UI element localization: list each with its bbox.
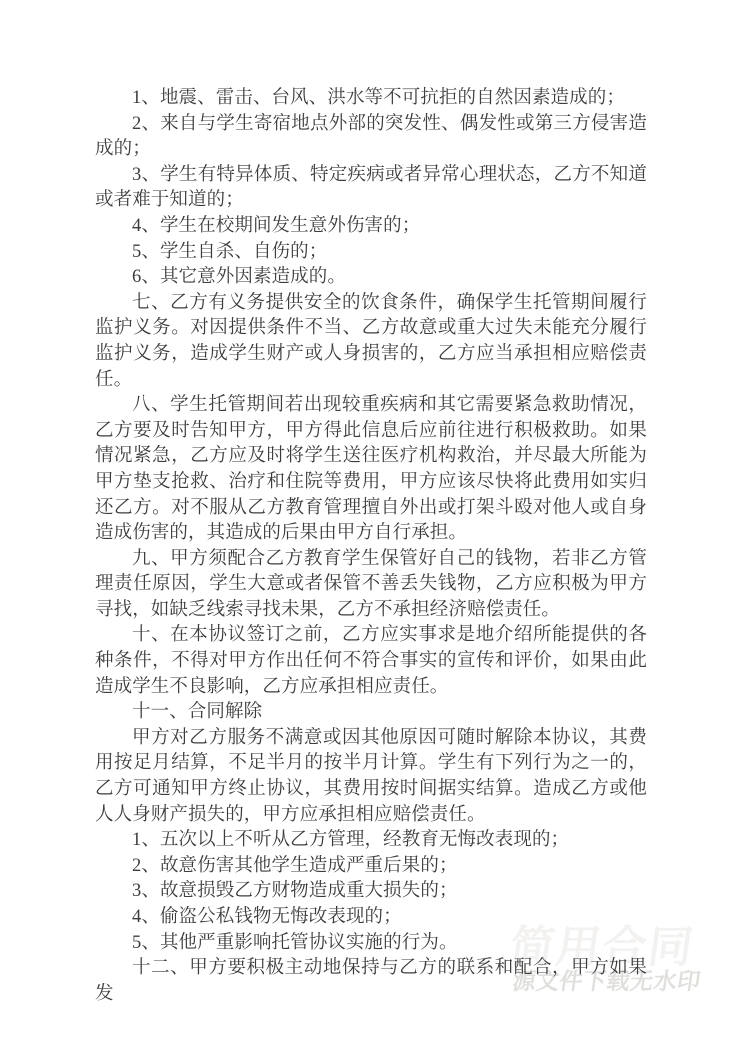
contract-paragraph: 3、学生有特异体质、特定疾病或者异常心理状态，乙方不知道或者难于知道的；: [95, 163, 647, 214]
contract-paragraph: 十、在本协议签订之前，乙方应实事求是地介绍所能提供的各种条件，不得对甲方作出任何…: [95, 623, 647, 700]
contract-paragraph: 2、来自与学生寄宿地点外部的突发性、偶发性或第三方侵害造成的；: [95, 112, 647, 163]
contract-paragraph: 十二、甲方要积极主动地保持与乙方的联系和配合，甲方如果发: [95, 956, 647, 1007]
contract-paragraph: 6、其它意外因素造成的。: [95, 265, 647, 291]
scanned-contract-page: 简用合同 源文件下载无水印 1、地震、雷击、台风、洪水等不可抗拒的自然因素造成的…: [0, 0, 742, 1049]
contract-paragraph: 4、偷盗公私钱物无悔改表现的；: [95, 905, 647, 931]
contract-paragraph: 十一、合同解除: [95, 700, 647, 726]
contract-paragraph: 八、学生托管期间若出现较重疾病和其它需要紧急救助情况，乙方要及时告知甲方，甲方得…: [95, 393, 647, 547]
contract-paragraph: 1、五次以上不听从乙方管理，经教育无悔改表现的；: [95, 828, 647, 854]
contract-paragraph: 1、地震、雷击、台风、洪水等不可抗拒的自然因素造成的；: [95, 86, 647, 112]
contract-paragraph: 2、故意伤害其他学生造成严重后果的；: [95, 854, 647, 880]
contract-paragraph: 4、学生在校期间发生意外伤害的；: [95, 214, 647, 240]
contract-paragraph: 七、乙方有义务提供安全的饮食条件，确保学生托管期间履行监护义务。对因提供条件不当…: [95, 291, 647, 393]
contract-paragraph: 5、学生自杀、自伤的；: [95, 240, 647, 266]
contract-paragraph: 3、故意损毁乙方财物造成重大损失的；: [95, 879, 647, 905]
contract-paragraph: 5、其他严重影响托管协议实施的行为。: [95, 931, 647, 957]
contract-paragraph: 甲方对乙方服务不满意或因其他原因可随时解除本协议，其费用按足月结算，不足半月的按…: [95, 726, 647, 828]
contract-paragraph: 九、甲方须配合乙方教育学生保管好自己的钱物，若非乙方管理责任原因，学生大意或者保…: [95, 547, 647, 624]
contract-body: 1、地震、雷击、台风、洪水等不可抗拒的自然因素造成的； 2、来自与学生寄宿地点外…: [95, 86, 647, 1007]
